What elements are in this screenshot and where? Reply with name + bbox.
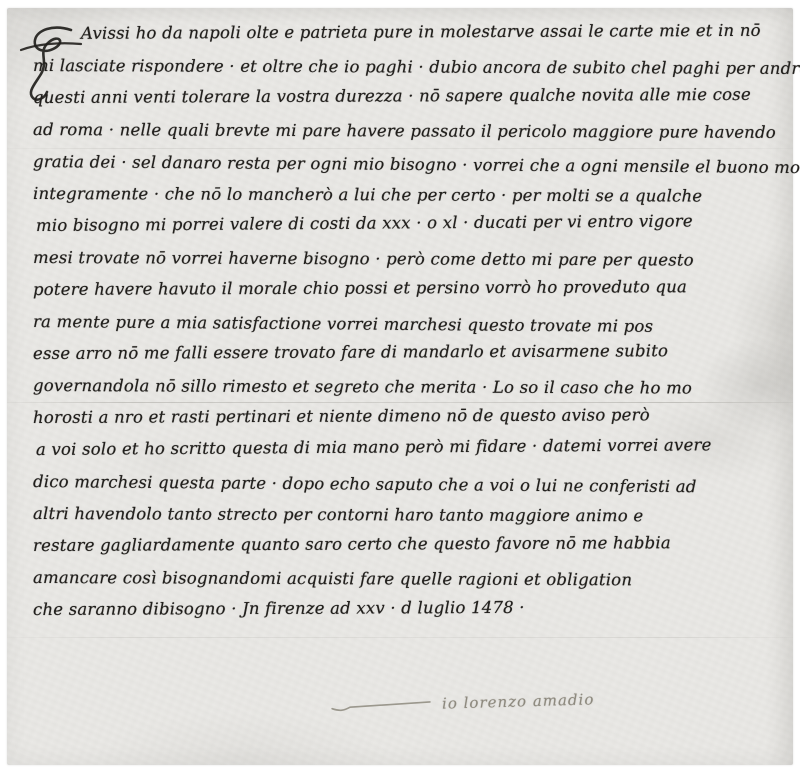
manuscript-line: questi anni venti tolerare la vostra dur… [33,79,761,114]
manuscript-line: potere havere havuto il morale chio poss… [33,271,761,306]
manuscript-paper: Avissi ho da napoli olte e patrieta pure… [7,8,793,765]
manuscript-line: a voi solo et ho scritto questa di mia m… [36,429,764,466]
signature-text: io lorenzo amadio [442,690,595,712]
manuscript-line-dateline: che saranno dibisogno · Jn firenze ad xx… [33,591,761,626]
manuscript-line: esse arro nō me falli essere trovato far… [33,335,761,370]
manuscript-line: restare gagliardamente quanto saro certo… [33,527,761,562]
scanned-letter-frame: Avissi ho da napoli olte e patrieta pure… [0,0,800,775]
paper-crease [7,637,793,638]
manuscript-line: mio bisogno mi porrei valere di costi da… [36,205,764,242]
letter-body: Avissi ho da napoli olte e patrieta pure… [33,18,761,626]
signature-pen-flourish-icon [330,698,432,713]
manuscript-line: Avissi ho da napoli olte e patrieta pure… [33,15,761,50]
manuscript-line: ad roma · nelle quali brevte mi pare hav… [33,114,761,149]
